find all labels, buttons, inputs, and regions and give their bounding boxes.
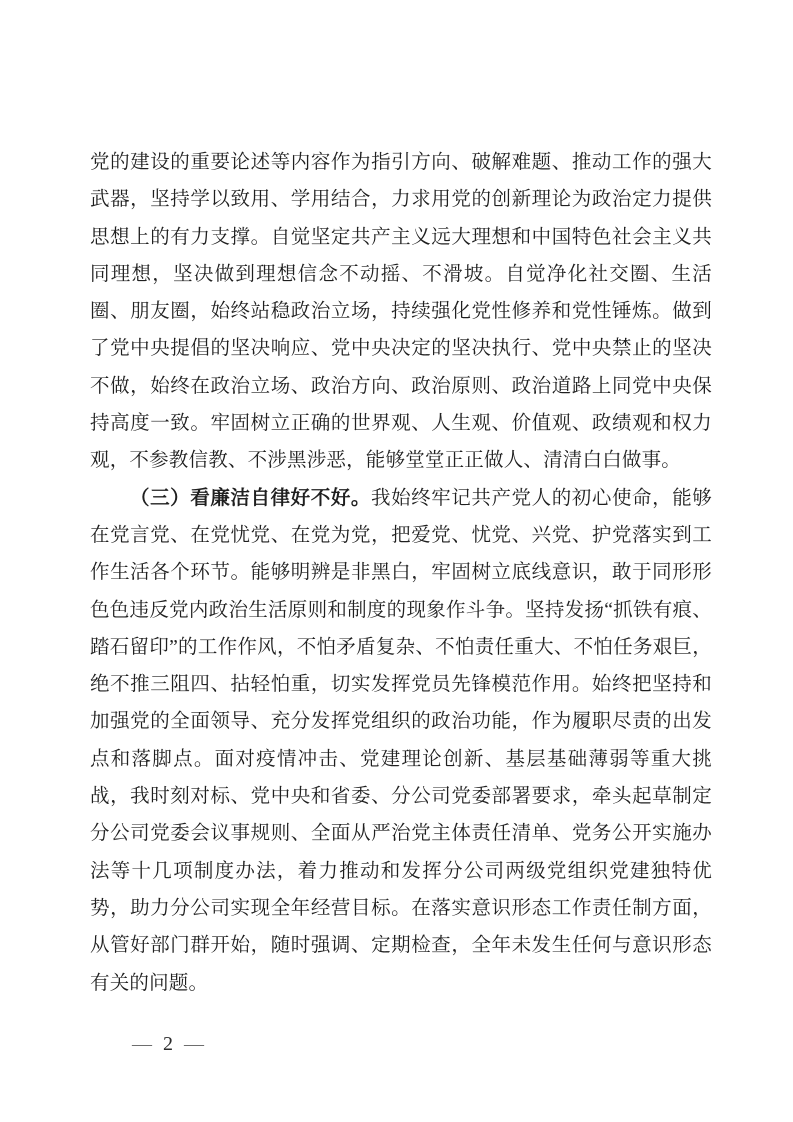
page-number-dash-right: — — [184, 1030, 204, 1058]
page-number-dash-left: — — [132, 1030, 152, 1058]
document-page: 党的建设的重要论述等内容作为指引方向、破解难题、推动工作的强大武器，坚持学以致用… — [0, 0, 793, 1122]
paragraph-continuation: 党的建设的重要论述等内容作为指引方向、破解难题、推动工作的强大武器，坚持学以致用… — [90, 144, 712, 480]
page-number: 2 — [163, 1030, 173, 1058]
page-footer: — 2 — — [132, 1030, 204, 1058]
paragraph-text: 我始终牢记共产党人的初心使命，能够在党言党、在党忧党、在党为党，把爱党、忧党、兴… — [90, 488, 712, 994]
document-content: 党的建设的重要论述等内容作为指引方向、破解难题、推动工作的强大武器，坚持学以致用… — [90, 144, 712, 1002]
section-heading: （三）看廉洁自律好不好。 — [130, 488, 371, 509]
paragraph-text: 党的建设的重要论述等内容作为指引方向、破解难题、推动工作的强大武器，坚持学以致用… — [90, 152, 712, 471]
paragraph-section-three: （三）看廉洁自律好不好。我始终牢记共产党人的初心使命，能够在党言党、在党忧党、在… — [90, 480, 712, 1002]
